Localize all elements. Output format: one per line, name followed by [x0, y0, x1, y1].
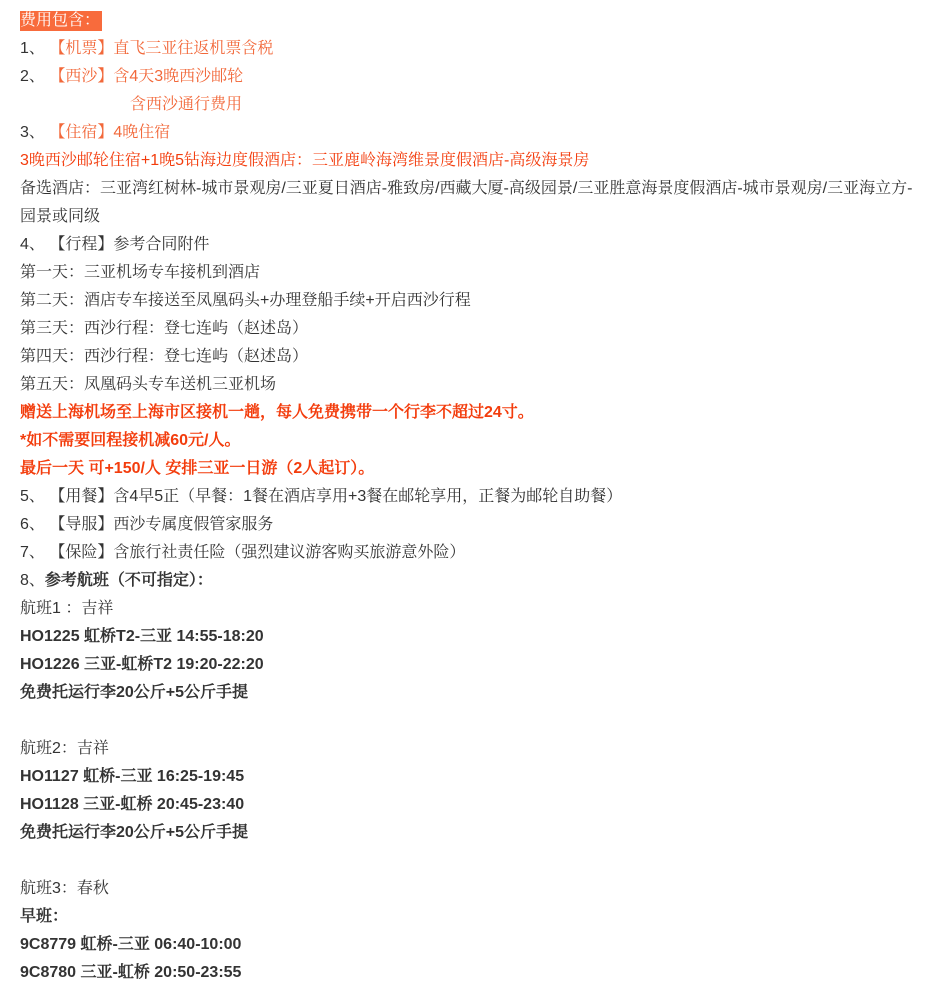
item-tag: 【行程】	[49, 236, 113, 253]
section-header: 费用包含：	[20, 11, 102, 31]
hotel-alternatives: 备选酒店：三亚湾红树林-城市景观房/三亚夏日酒店-雅致房/西藏大厦-高级园景/三…	[20, 175, 920, 231]
item-text: 参考航班（不可指定）：	[45, 572, 213, 589]
flight-2-return: HO1128 三亚-虹桥 20:45-23:40	[20, 791, 920, 819]
fee-inclusion-document: 费用包含： 1、 【机票】直飞三亚往返机票含税 2、 【西沙】含4天3晚西沙邮轮…	[20, 7, 920, 986]
item-text: 【保险】含旅行社责任险（强烈建议游客购买旅游意外险）	[49, 544, 465, 561]
flight-3-return: 9C8780 三亚-虹桥 20:50-23:55	[20, 959, 920, 986]
flight-1-outbound: HO1225 虹桥T2-三亚 14:55-18:20	[20, 623, 920, 651]
item-text: 含4天3晚西沙邮轮	[113, 68, 243, 85]
item-xisha: 2、 【西沙】含4天3晚西沙邮轮	[20, 63, 920, 91]
flight-2-title: 航班2：吉祥	[20, 735, 920, 763]
flight-2-outbound: HO1127 虹桥-三亚 16:25-19:45	[20, 763, 920, 791]
note-airport-transfer: 赠送上海机场至上海市区接机一趟，每人免费携带一个行李不超过24寸。	[20, 399, 920, 427]
day-2: 第二天：酒店专车接送至凤凰码头+办理登船手续+开启西沙行程	[20, 287, 920, 315]
item-number: 5、	[20, 488, 45, 505]
item-text: 【用餐】含4早5正（早餐：1餐在酒店享用+3餐在邮轮享用，正餐为邮轮自助餐）	[49, 488, 622, 505]
flight-3-title: 航班3：春秋	[20, 875, 920, 903]
flight-2-baggage: 免费托运行李20公斤+5公斤手提	[20, 819, 920, 847]
item-tag: 【机票】	[49, 40, 113, 57]
item-number: 1、	[20, 40, 45, 57]
item-number: 7、	[20, 544, 45, 561]
item-airfare: 1、 【机票】直飞三亚往返机票含税	[20, 35, 920, 63]
item-accommodation: 3、 【住宿】4晚住宿	[20, 119, 920, 147]
item-number: 8、	[20, 572, 45, 589]
item-text: 参考合同附件	[113, 236, 209, 253]
flight-1-title: 航班1 ：吉祥	[20, 595, 920, 623]
header-row: 费用包含：	[20, 7, 920, 35]
item-flights: 8、参考航班（不可指定）：	[20, 567, 920, 595]
item-text: 【导服】西沙专属度假管家服务	[49, 516, 273, 533]
item-xisha-sub: 含西沙通行费用	[20, 91, 920, 119]
flight-1-baggage: 免费托运行李20公斤+5公斤手提	[20, 679, 920, 707]
spacer	[20, 847, 920, 875]
day-5: 第五天：凤凰码头专车送机三亚机场	[20, 371, 920, 399]
day-3: 第三天：西沙行程：登七连屿（赵述岛）	[20, 315, 920, 343]
item-number: 6、	[20, 516, 45, 533]
item-itinerary: 4、 【行程】参考合同附件	[20, 231, 920, 259]
day-1: 第一天：三亚机场专车接机到酒店	[20, 259, 920, 287]
note-day-tour: 最后一天 可+150/人 安排三亚一日游（2人起订）。	[20, 455, 920, 483]
item-number: 4、	[20, 236, 45, 253]
hotel-main: 3晚西沙邮轮住宿+1晚5钻海边度假酒店：三亚鹿岭海湾维景度假酒店-高级海景房	[20, 147, 920, 175]
item-text: 4晚住宿	[113, 124, 170, 141]
flight-3-session: 早班：	[20, 903, 920, 931]
flight-1-return: HO1226 三亚-虹桥T2 19:20-22:20	[20, 651, 920, 679]
item-meals: 5、 【用餐】含4早5正（早餐：1餐在酒店享用+3餐在邮轮享用，正餐为邮轮自助餐…	[20, 483, 920, 511]
item-text: 直飞三亚往返机票含税	[113, 40, 273, 57]
item-number: 3、	[20, 124, 45, 141]
spacer	[20, 707, 920, 735]
item-number: 2、	[20, 68, 45, 85]
item-tag: 【住宿】	[49, 124, 113, 141]
flight-3-outbound: 9C8779 虹桥-三亚 06:40-10:00	[20, 931, 920, 959]
item-tag: 【西沙】	[49, 68, 113, 85]
day-4: 第四天：西沙行程：登七连屿（赵述岛）	[20, 343, 920, 371]
note-discount: *如不需要回程接机减60元/人。	[20, 427, 920, 455]
item-guide: 6、 【导服】西沙专属度假管家服务	[20, 511, 920, 539]
item-insurance: 7、 【保险】含旅行社责任险（强烈建议游客购买旅游意外险）	[20, 539, 920, 567]
